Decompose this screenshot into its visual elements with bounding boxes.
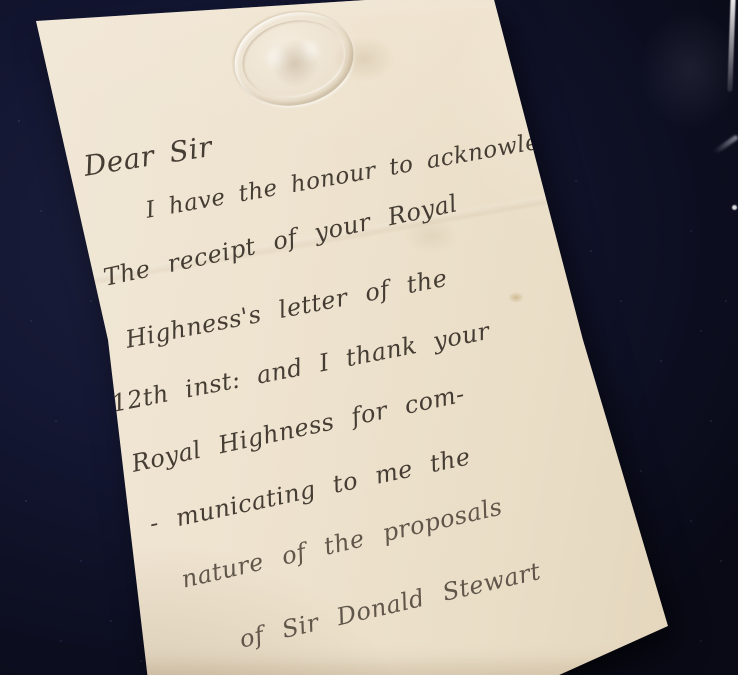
photo-of-letter-scene: Dear Sir I have the honour to acknowledg… [0,0,738,675]
salutation: Dear Sir [81,130,214,183]
paper-stain [508,292,524,303]
letter-paper-wrap: Dear Sir I have the honour to acknowledg… [0,0,738,675]
handwritten-line: of Sir Donald Stewart [237,557,543,654]
letter-paper: Dear Sir I have the honour to acknowledg… [0,0,738,675]
embossed-royal-crest-seal-icon [226,2,363,117]
